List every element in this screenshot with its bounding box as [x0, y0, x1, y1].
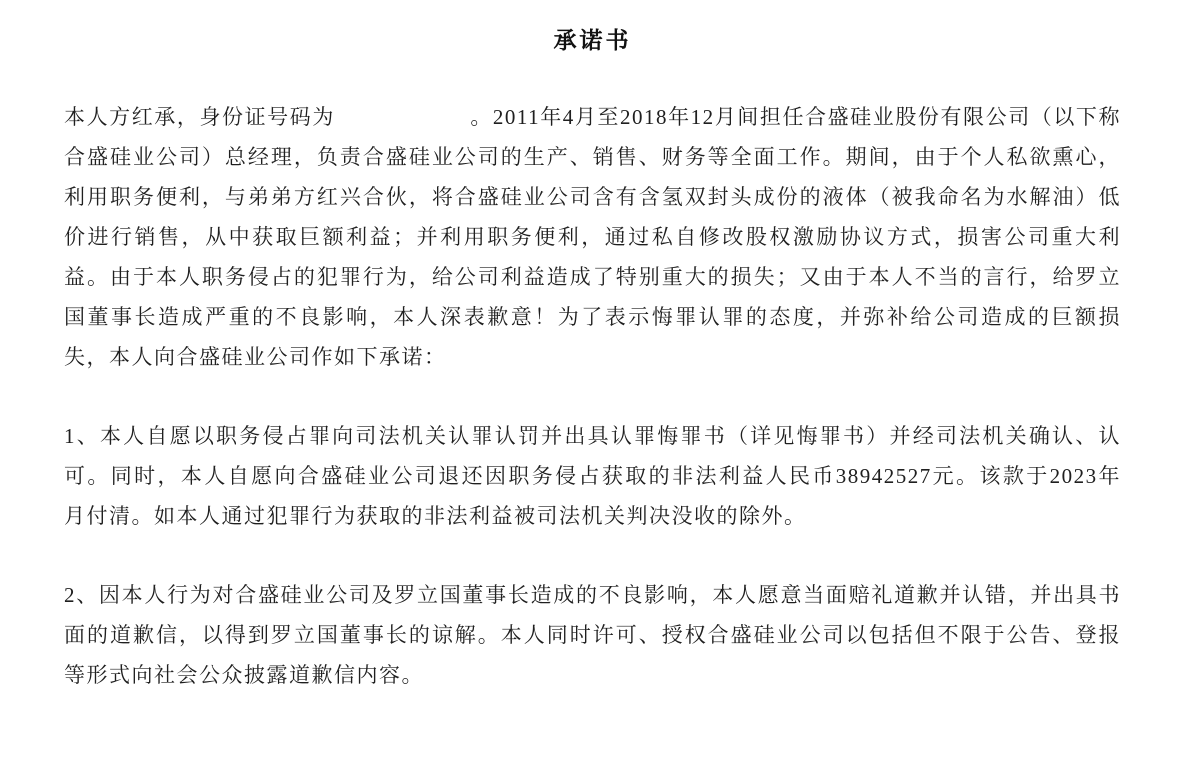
commitment-item-1: 1、本人自愿以职务侵占罪向司法机关认罪认罚并出具认罪悔罪书（详见悔罪书）并经司法… — [64, 416, 1121, 536]
document-page: 承诺书 本人方红承，身份证号码为 。2011年4月至2018年12月间担任合盛硅… — [0, 0, 1185, 757]
intro-paragraph: 本人方红承，身份证号码为 。2011年4月至2018年12月间担任合盛硅业股份有… — [64, 97, 1121, 377]
document-body: 本人方红承，身份证号码为 。2011年4月至2018年12月间担任合盛硅业股份有… — [64, 97, 1121, 695]
commitment-item-2: 2、因本人行为对合盛硅业公司及罗立国董事长造成的不良影响，本人愿意当面赔礼道歉并… — [64, 575, 1121, 695]
document-title: 承诺书 — [0, 0, 1185, 55]
